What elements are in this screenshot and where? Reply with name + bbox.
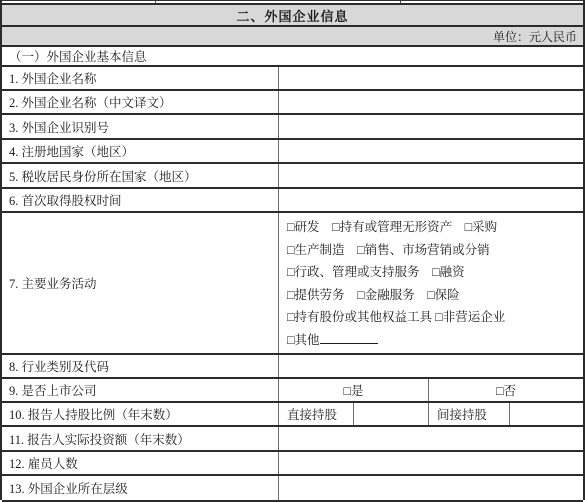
table-divider xyxy=(400,1,401,3)
table-row-actual-investment: 11. 报告人实际投资额（年末数） xyxy=(2,427,583,452)
field-label: 2. 外国企业名称（中文译文） xyxy=(2,91,279,113)
business-activity-options-line[interactable]: □研发 □持有或管理无形资产 □采购 xyxy=(287,216,579,239)
form-title: 二、外国企业信息 xyxy=(236,6,348,25)
business-activity-options-line[interactable]: □行政、管理或支持服务 □融资 xyxy=(287,261,579,284)
field-label: 3. 外国企业识别号 xyxy=(2,115,279,138)
field-label: 8. 行业类别及代码 xyxy=(2,355,279,377)
field-label: 7. 主要业务活动 xyxy=(2,213,279,353)
table-row-tax-residence: 5. 税收居民身份所在国家（地区） xyxy=(2,164,583,189)
table-row-registration-country: 4. 注册地国家（地区） xyxy=(2,140,583,164)
field-value-cell[interactable] xyxy=(279,427,583,450)
table-row-first-equity-date: 6. 首次取得股权时间 xyxy=(2,189,583,213)
field-value-cell[interactable] xyxy=(279,115,583,138)
table-divider xyxy=(155,1,156,3)
table-row-industry-code: 8. 行业类别及代码 xyxy=(2,355,583,379)
business-activity-options-line[interactable]: □持有股份或其他权益工具 □非营运企业 xyxy=(287,306,579,329)
field-label: 1. 外国企业名称 xyxy=(2,67,279,89)
field-value-cell[interactable] xyxy=(279,189,583,211)
unit-note: 单位：元人民币 xyxy=(493,28,577,45)
indirect-shareholding-value-cell[interactable] xyxy=(510,403,583,425)
field-label: 9. 是否上市公司 xyxy=(2,379,279,401)
table-row-enterprise-id: 3. 外国企业识别号 xyxy=(2,115,583,140)
table-row-business-activities: 7. 主要业务活动 □研发 □持有或管理无形资产 □采购 □生产制造 □销售、市… xyxy=(2,213,583,355)
form-title-row: 二、外国企业信息 xyxy=(2,5,583,27)
section-title-row: （一）外国企业基本信息 xyxy=(2,47,583,67)
other-checkbox-label[interactable]: □其他 xyxy=(287,333,320,347)
business-activity-other-line[interactable]: □其他 xyxy=(287,329,579,352)
listed-yes-checkbox[interactable]: □是 xyxy=(279,379,429,401)
field-value-cell[interactable] xyxy=(279,355,583,377)
field-value-cell[interactable] xyxy=(279,91,583,113)
table-row-enterprise-name-cn: 2. 外国企业名称（中文译文） xyxy=(2,91,583,115)
section-title: （一）外国企业基本信息 xyxy=(9,47,147,65)
unit-note-row: 单位：元人民币 xyxy=(2,27,583,47)
indirect-shareholding-label: 间接持股 xyxy=(429,403,510,425)
field-label: 11. 报告人实际投资额（年末数） xyxy=(2,427,279,450)
table-row-employee-count: 12. 雇员人数 xyxy=(2,452,583,476)
field-value-cell[interactable] xyxy=(279,476,583,500)
table-row-enterprise-tier: 13. 外国企业所在层级 xyxy=(2,476,583,502)
field-label: 12. 雇员人数 xyxy=(2,452,279,474)
table-row-enterprise-name: 1. 外国企业名称 xyxy=(2,67,583,91)
business-activities-options: □研发 □持有或管理无形资产 □采购 □生产制造 □销售、市场营销或分销 □行政… xyxy=(279,213,583,353)
other-fill-in-underline[interactable] xyxy=(320,331,378,344)
field-label: 5. 税收居民身份所在国家（地区） xyxy=(2,164,279,187)
field-label: 4. 注册地国家（地区） xyxy=(2,140,279,162)
direct-shareholding-label: 直接持股 xyxy=(279,403,354,425)
field-label: 10. 报告人持股比例（年末数） xyxy=(2,403,279,425)
field-value-cell[interactable] xyxy=(279,67,583,89)
field-label: 6. 首次取得股权时间 xyxy=(2,189,279,211)
foreign-enterprise-info-form: 二、外国企业信息 单位：元人民币 （一）外国企业基本信息 1. 外国企业名称 2… xyxy=(0,0,585,500)
business-activity-options-line[interactable]: □提供劳务 □金融服务 □保险 xyxy=(287,284,579,307)
field-value-cell[interactable] xyxy=(279,140,583,162)
table-row-listed-company: 9. 是否上市公司 □是 □否 xyxy=(2,379,583,403)
table-row-shareholding-ratio: 10. 报告人持股比例（年末数） 直接持股 间接持股 xyxy=(2,403,583,427)
listed-no-checkbox[interactable]: □否 xyxy=(429,379,583,401)
business-activity-options-line[interactable]: □生产制造 □销售、市场营销或分销 xyxy=(287,239,579,262)
field-label: 13. 外国企业所在层级 xyxy=(2,476,279,500)
field-value-cell[interactable] xyxy=(279,164,583,187)
field-value-cell[interactable] xyxy=(279,452,583,474)
direct-shareholding-value-cell[interactable] xyxy=(354,403,429,425)
previous-row-remnant xyxy=(2,0,583,5)
